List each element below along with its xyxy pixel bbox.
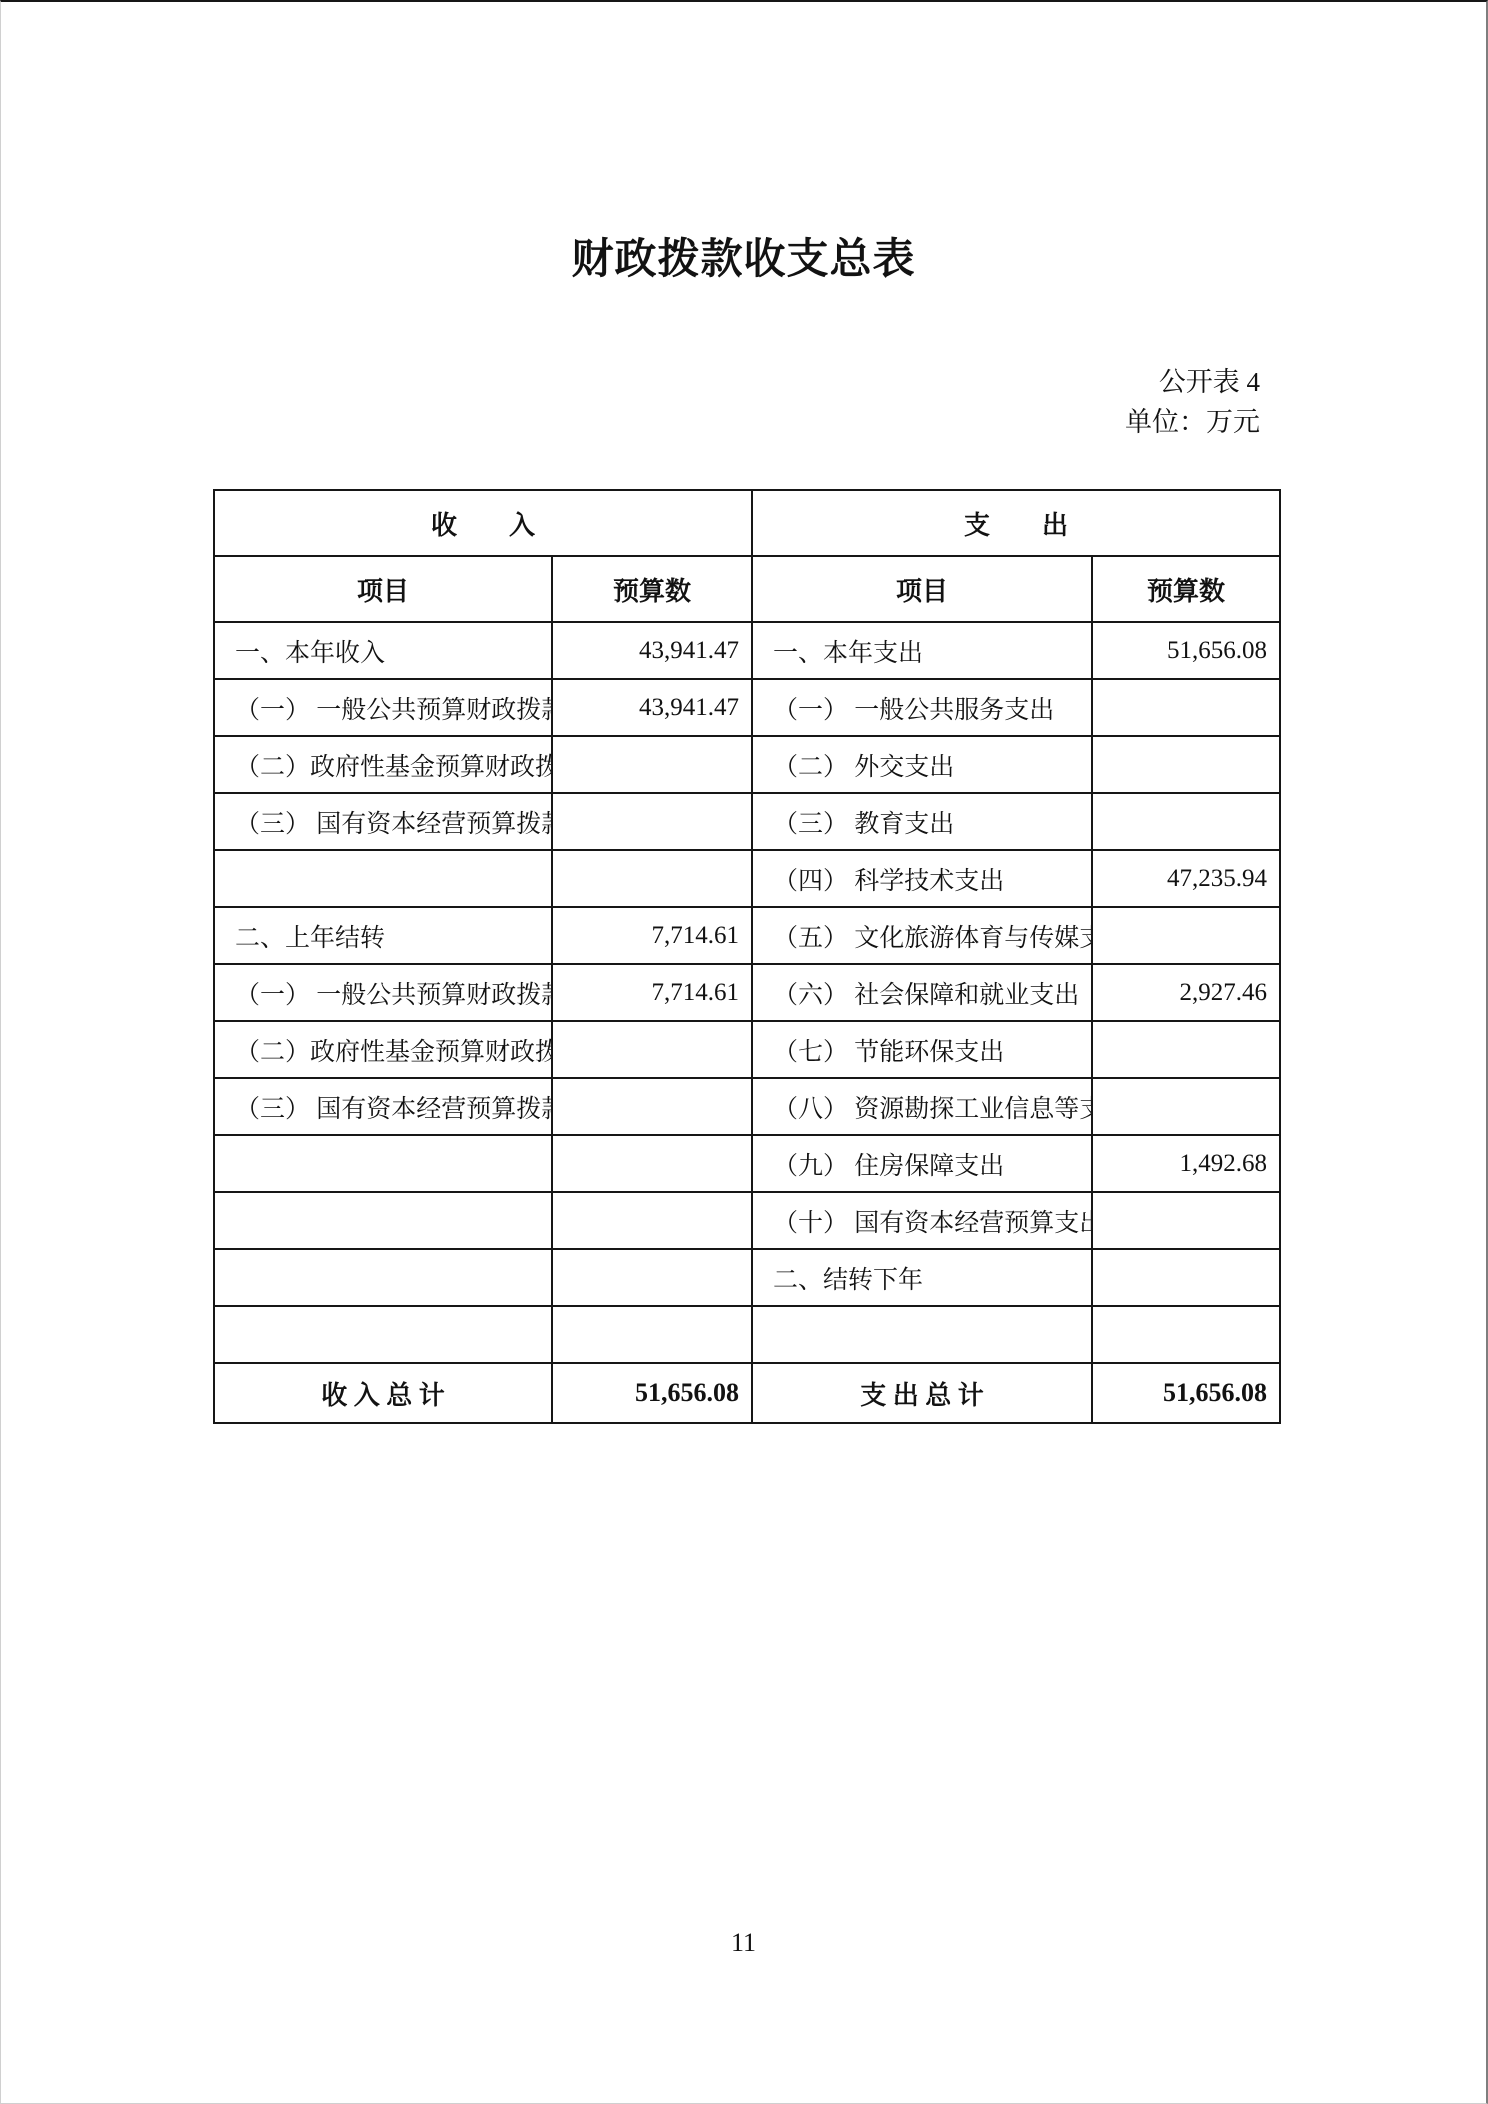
income-budget-cell <box>552 793 752 850</box>
income-budget-cell <box>552 850 752 907</box>
income-total-label-cell: 收 入 总 计 <box>214 1363 552 1423</box>
expense-budget-cell <box>1092 1078 1280 1135</box>
table-row: 一、本年收入 43,941.47 一、本年支出 51,656.08 <box>214 622 1280 679</box>
expense-budget-col-header: 预算数 <box>1092 556 1280 622</box>
table-row: （一） 一般公共预算财政拨款 7,714.61 （六） 社会保障和就业支出 2,… <box>214 964 1280 1021</box>
income-budget-col-header: 预算数 <box>552 556 752 622</box>
expense-item-cell: （九） 住房保障支出 <box>752 1135 1092 1192</box>
expense-budget-cell <box>1092 1306 1280 1363</box>
income-budget-cell <box>552 1192 752 1249</box>
income-item-cell: （三） 国有资本经营预算拨款 <box>214 793 552 850</box>
income-budget-cell: 43,941.47 <box>552 679 752 736</box>
table-row: （十） 国有资本经营预算支出 <box>214 1192 1280 1249</box>
table-row: （三） 国有资本经营预算拨款 （八） 资源勘探工业信息等支出 <box>214 1078 1280 1135</box>
expense-budget-cell <box>1092 1192 1280 1249</box>
income-item-cell <box>214 1192 552 1249</box>
totals-row: 收 入 总 计 51,656.08 支 出 总 计 51,656.08 <box>214 1363 1280 1423</box>
income-budget-cell <box>552 1249 752 1306</box>
income-budget-cell <box>552 1078 752 1135</box>
table-row: （三） 国有资本经营预算拨款 （三） 教育支出 <box>214 793 1280 850</box>
table-row: （二）政府性基金预算财政拨款 （七） 节能环保支出 <box>214 1021 1280 1078</box>
income-item-cell: （一） 一般公共预算财政拨款 <box>214 964 552 1021</box>
expense-budget-cell <box>1092 1021 1280 1078</box>
page-number: 11 <box>1 1928 1486 1958</box>
expense-item-cell: （十） 国有资本经营预算支出 <box>752 1192 1092 1249</box>
income-total-value-cell: 51,656.08 <box>552 1363 752 1423</box>
income-budget-cell <box>552 1135 752 1192</box>
table-row: （四） 科学技术支出 47,235.94 <box>214 850 1280 907</box>
income-item-cell: （二）政府性基金预算财政拨款 <box>214 736 552 793</box>
table-row: 二、结转下年 <box>214 1249 1280 1306</box>
expense-budget-cell: 1,492.68 <box>1092 1135 1280 1192</box>
fiscal-appropriation-table: 收 入 支 出 项目 预算数 项目 预算数 一、本年收入 43,941.47 一… <box>213 489 1281 1424</box>
unit-note: 单位：万元 <box>1125 402 1260 442</box>
income-item-cell <box>214 1249 552 1306</box>
expense-budget-cell: 51,656.08 <box>1092 622 1280 679</box>
income-budget-cell <box>552 736 752 793</box>
expense-item-cell: （七） 节能环保支出 <box>752 1021 1092 1078</box>
income-item-col-header: 项目 <box>214 556 552 622</box>
table-row: （一） 一般公共预算财政拨款 43,941.47 （一） 一般公共服务支出 <box>214 679 1280 736</box>
expense-item-cell: （五） 文化旅游体育与传媒支出 <box>752 907 1092 964</box>
section-header-row: 收 入 支 出 <box>214 490 1280 556</box>
income-section-header: 收 入 <box>214 490 752 556</box>
table-row <box>214 1306 1280 1363</box>
expense-budget-cell: 2,927.46 <box>1092 964 1280 1021</box>
expense-item-cell: （三） 教育支出 <box>752 793 1092 850</box>
expense-budget-cell <box>1092 1249 1280 1306</box>
expense-item-cell: （一） 一般公共服务支出 <box>752 679 1092 736</box>
expense-budget-cell <box>1092 736 1280 793</box>
expense-budget-cell: 47,235.94 <box>1092 850 1280 907</box>
expense-budget-cell <box>1092 793 1280 850</box>
income-item-cell: （三） 国有资本经营预算拨款 <box>214 1078 552 1135</box>
expense-total-label-cell: 支 出 总 计 <box>752 1363 1092 1423</box>
expense-item-cell: （二） 外交支出 <box>752 736 1092 793</box>
table-row: （九） 住房保障支出 1,492.68 <box>214 1135 1280 1192</box>
income-item-cell: 一、本年收入 <box>214 622 552 679</box>
expense-item-cell: （六） 社会保障和就业支出 <box>752 964 1092 1021</box>
income-budget-cell <box>552 1021 752 1078</box>
income-budget-cell: 7,714.61 <box>552 907 752 964</box>
income-item-cell <box>214 1306 552 1363</box>
table-row: （二）政府性基金预算财政拨款 （二） 外交支出 <box>214 736 1280 793</box>
income-budget-cell <box>552 1306 752 1363</box>
expense-item-cell <box>752 1306 1092 1363</box>
income-budget-cell: 7,714.61 <box>552 964 752 1021</box>
expense-item-cell: （四） 科学技术支出 <box>752 850 1092 907</box>
income-item-cell: （一） 一般公共预算财政拨款 <box>214 679 552 736</box>
page-title: 财政拨款收支总表 <box>1 226 1486 286</box>
income-budget-cell: 43,941.47 <box>552 622 752 679</box>
expense-item-cell: 一、本年支出 <box>752 622 1092 679</box>
table-number-note: 公开表 4 <box>1125 362 1260 402</box>
document-page: 财政拨款收支总表 公开表 4 单位：万元 收 入 支 出 项目 预算数 项目 预… <box>0 0 1488 2104</box>
column-header-row: 项目 预算数 项目 预算数 <box>214 556 1280 622</box>
table-notes: 公开表 4 单位：万元 <box>1125 362 1260 442</box>
income-item-cell <box>214 850 552 907</box>
expense-section-header: 支 出 <box>752 490 1280 556</box>
expense-item-cell: （八） 资源勘探工业信息等支出 <box>752 1078 1092 1135</box>
expense-item-cell: 二、结转下年 <box>752 1249 1092 1306</box>
expense-item-col-header: 项目 <box>752 556 1092 622</box>
expense-total-value-cell: 51,656.08 <box>1092 1363 1280 1423</box>
income-item-cell: 二、上年结转 <box>214 907 552 964</box>
expense-budget-cell <box>1092 679 1280 736</box>
expense-budget-cell <box>1092 907 1280 964</box>
table-row: 二、上年结转 7,714.61 （五） 文化旅游体育与传媒支出 <box>214 907 1280 964</box>
income-item-cell <box>214 1135 552 1192</box>
income-item-cell: （二）政府性基金预算财政拨款 <box>214 1021 552 1078</box>
